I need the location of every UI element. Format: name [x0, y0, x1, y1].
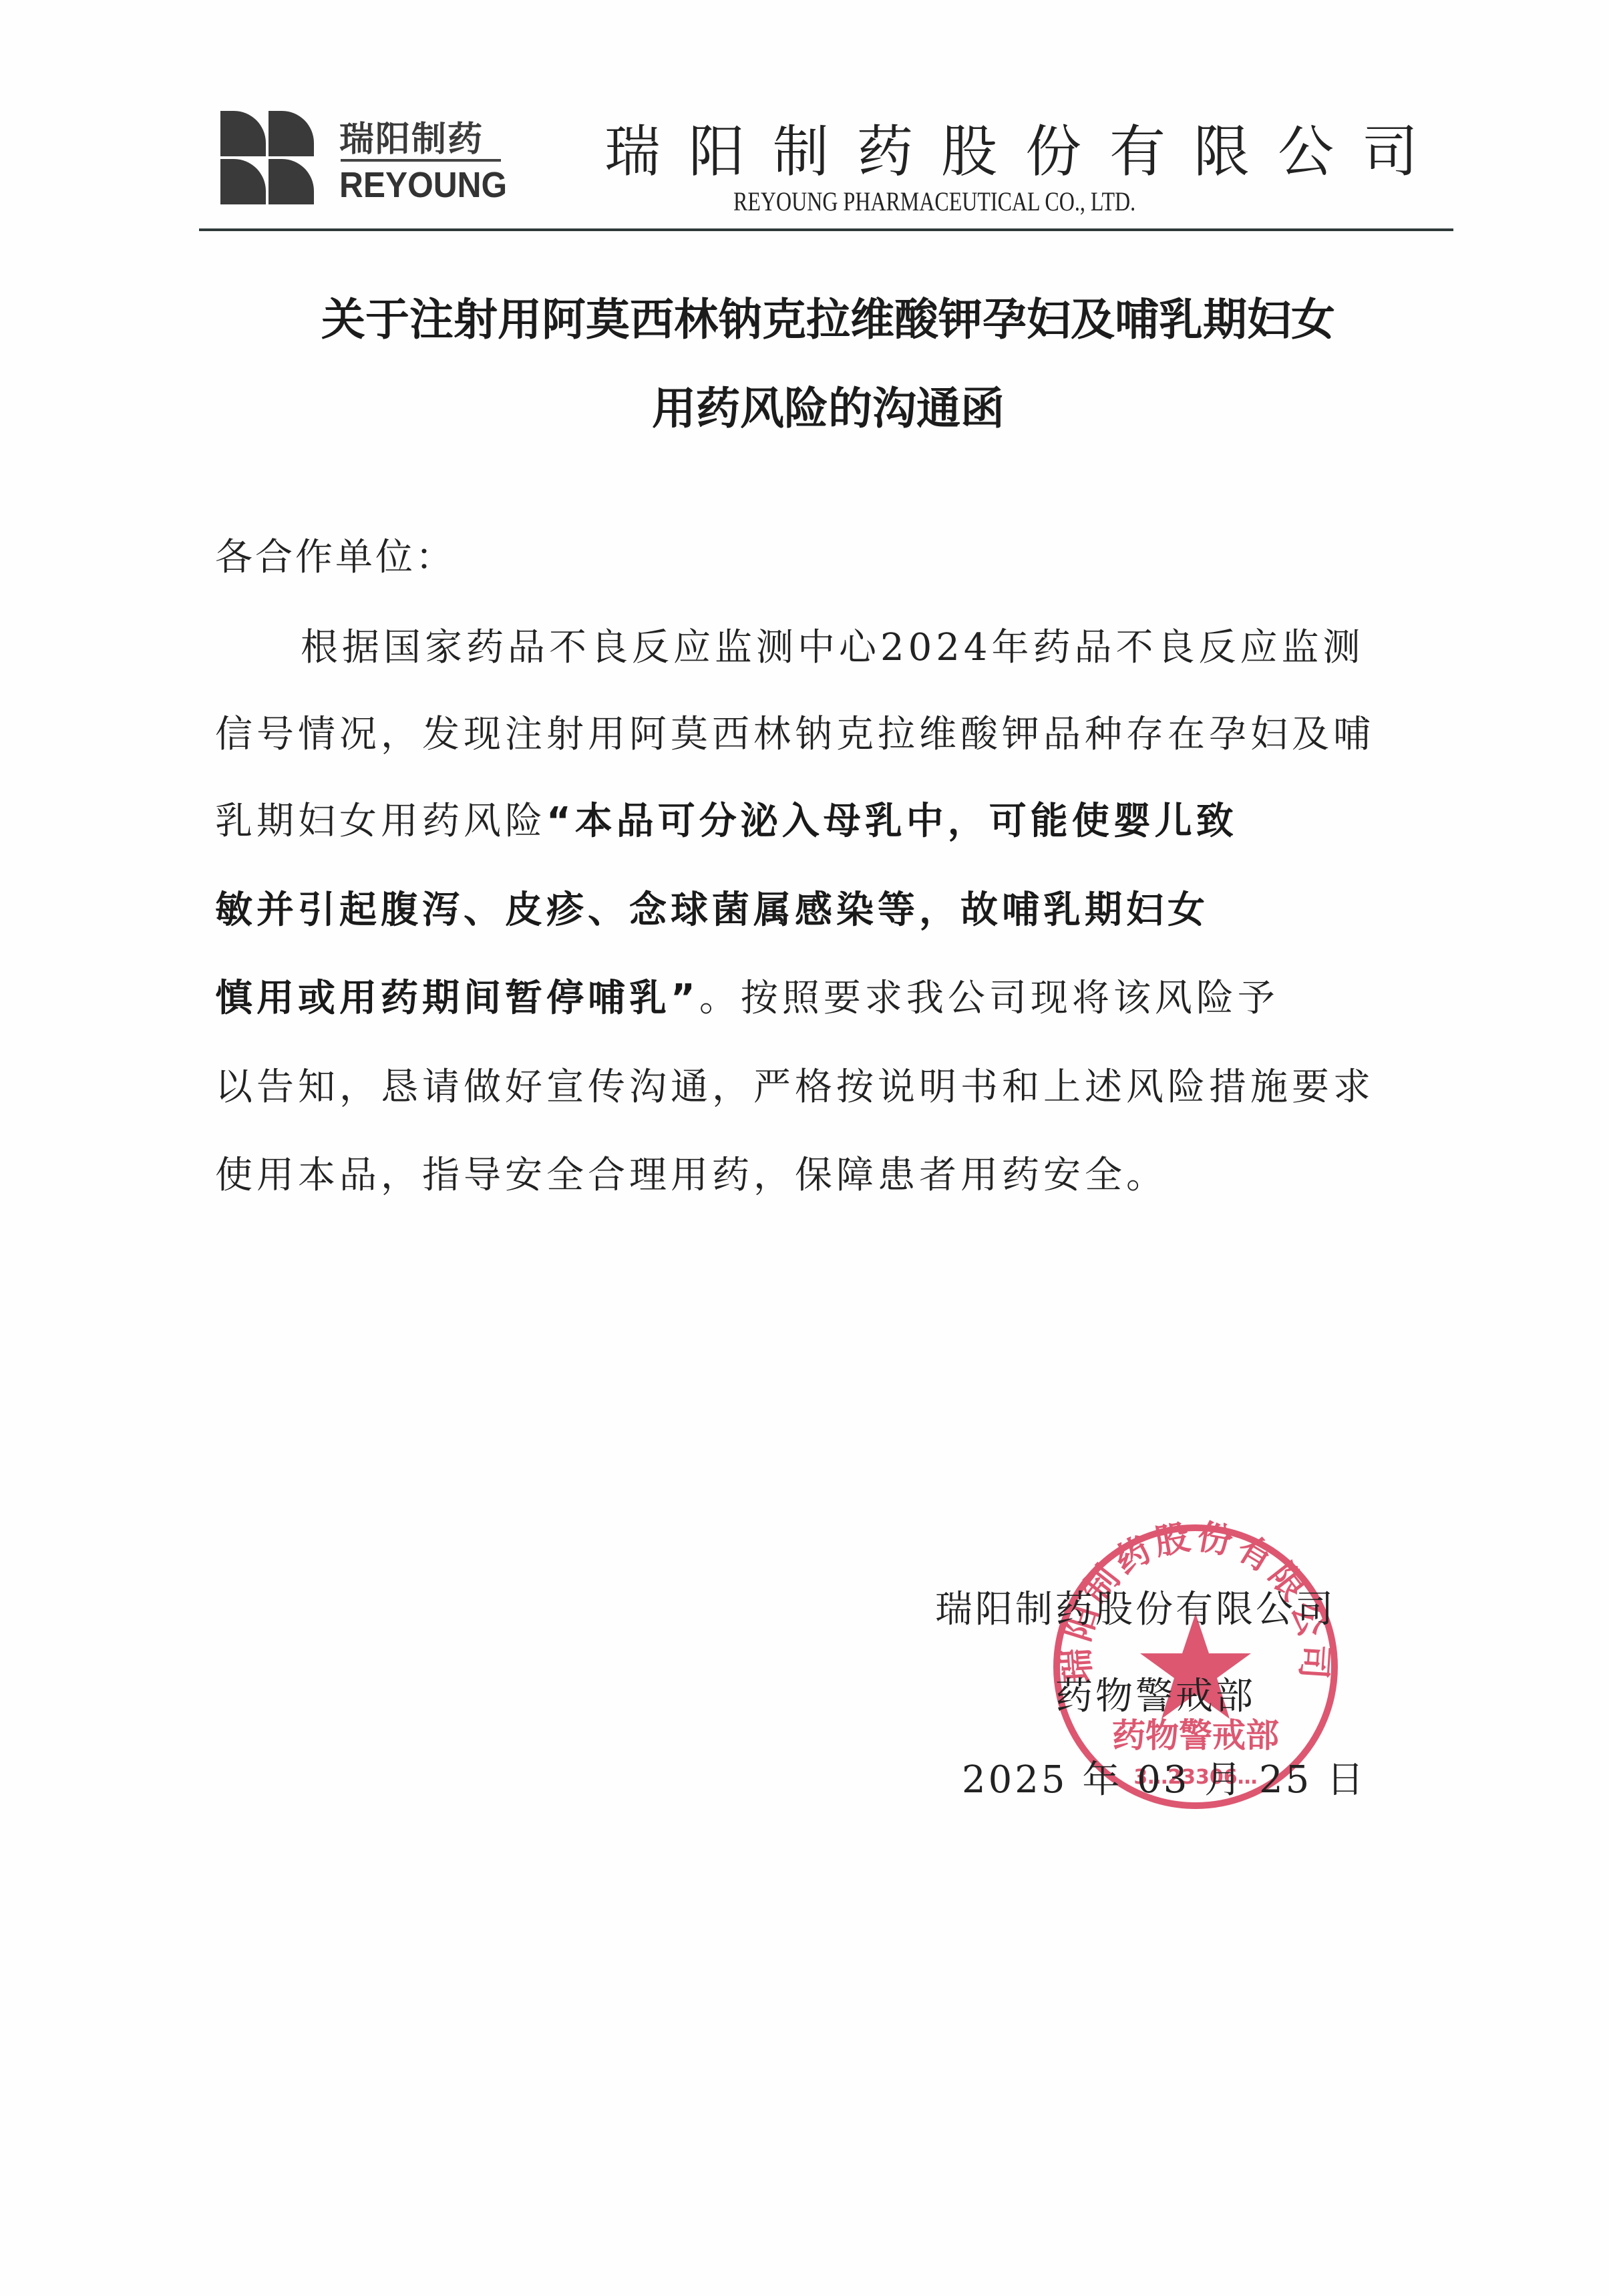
body-line-7: 使用本品，指导安全合理用药，保障患者用药安全。: [215, 1146, 1168, 1199]
body-line-5: 慎用或用药期间暂停哺乳”。按照要求我公司现将该风险予: [215, 969, 1279, 1022]
letter-page: 瑞阳制药 REYOUNG 瑞阳制药股份有限公司 REYOUNG PHARMACE…: [0, 0, 1609, 2296]
body-line-2: 信号情况，发现注射用阿莫西林钠克拉维酸钾品种存在孕妇及哺: [215, 705, 1375, 758]
signature-company: 瑞阳制药股份有限公司: [935, 1580, 1336, 1633]
document-title-line2: 用药风险的沟通函: [200, 373, 1456, 436]
quarter-circle-logo-icon: [220, 111, 314, 204]
letterhead-divider: [199, 228, 1453, 231]
signature-date: 2025 年 03 月 25 日: [962, 1750, 1367, 1804]
salutation: 各合作单位：: [215, 528, 456, 581]
company-logo: 瑞阳制药 REYOUNG: [212, 106, 506, 206]
logo-divider: [341, 159, 501, 162]
risk-quote-middle: 敏并引起腹泻、皮疹、念球菌属感染等，故哺乳期妇女: [215, 888, 1209, 932]
seal-bottom-text: 药物警戒部: [1112, 1716, 1279, 1755]
body-line-3-normal: 乳期妇女用药风险: [215, 800, 546, 843]
body-line-3: 乳期妇女用药风险“本品可分泌入母乳中，可能使婴儿致: [215, 792, 1238, 845]
risk-quote-end: 慎用或用药期间暂停哺乳”: [215, 977, 699, 1020]
logo-english-text: REYOUNG: [339, 164, 507, 206]
logo-chinese-text: 瑞阳制药: [339, 111, 484, 161]
document-title-line1: 关于注射用阿莫西林钠克拉维酸钾孕妇及哺乳期妇女: [200, 284, 1456, 347]
signature-department: 药物警戒部: [1055, 1667, 1256, 1720]
body-line-5-normal: 。按照要求我公司现将该风险予: [699, 977, 1279, 1020]
body-line-6: 以告知，恳请做好宣传沟通，严格按说明书和上述风险措施要求: [215, 1057, 1375, 1111]
body-line-1: 根据国家药品不良反应监测中心2024年药品不良反应监测: [301, 618, 1365, 671]
company-name-chinese: 瑞阳制药股份有限公司: [604, 107, 1446, 188]
body-line-4: 敏并引起腹泻、皮疹、念球菌属感染等，故哺乳期妇女: [215, 880, 1209, 934]
risk-quote-start: “本品可分泌入母乳中，可能使婴儿致: [546, 800, 1238, 843]
company-name-english: REYOUNG PHARMACEUTICAL CO., LTD.: [733, 186, 1135, 217]
